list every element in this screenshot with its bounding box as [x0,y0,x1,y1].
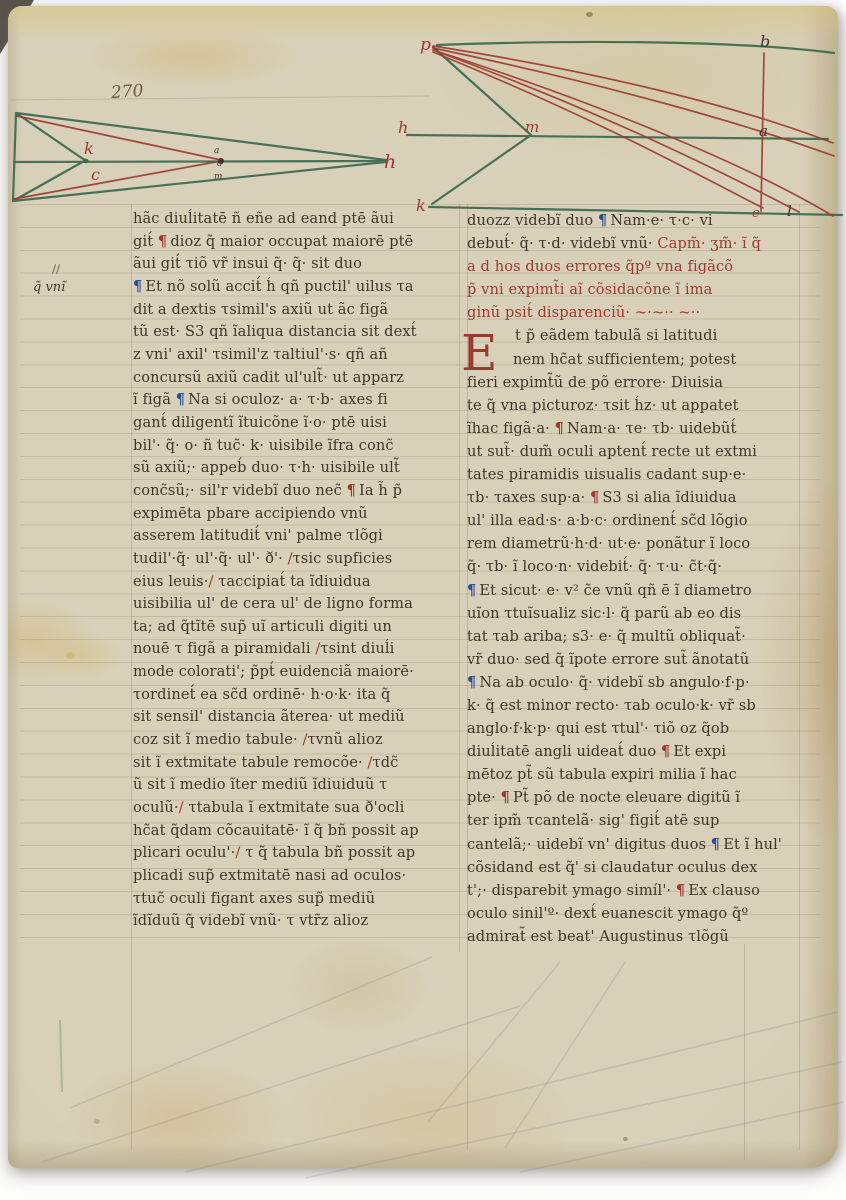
text-segment: τb· τaxes sup·a· [467,489,590,506]
text-segment: k· q̃ est minor recto· τab oculo·k· vr̃ … [467,697,756,714]
text-line: plicadi sup̃ extmitatē nasi ad oculos· [133,865,461,888]
text-line: diuĺitatē angli uideat́ duo ¶Et expi [467,740,812,763]
text-line: te q̃ vna picturoz· τsit h́z· ut appatet [467,394,812,417]
text-segment: τdc̃ [373,754,399,771]
text-line: conc̃sũ;· sil'r videbĩ duo nec̃ ¶Ia h̃ p… [133,480,461,503]
text-segment: eius leuis· [133,573,208,590]
text-segment: q̃· τb· ĩ loco·n· videbit́· q̃· τ·u· c̃t… [467,558,722,575]
text-segment: ãui git́ τiõ vr̃ insui q̃· q̃· sit duo [133,255,362,272]
text-line: cõsidand est q̃' si claudatur oculus dex [467,856,812,879]
text-segment: τ q̃ tabula bñ possit ap [240,844,415,861]
manuscript-photo: k c h a d m p b h m a k e l [0,0,846,1200]
vertical-ruling [131,204,132,1150]
text-segment: fieri expimt̃ũ de põ errore· Diuisia [467,374,723,391]
text-line: mode colorati'; p̃pt́ euidenciã maiorē· [133,661,461,684]
text-line: nouē τ figã a piramidali ∕τsint diuĺi [133,638,461,661]
text-segment: ul' illa ead·s· a·b·c· ordinent́ sc̃d lõ… [467,512,748,529]
text-line: ta; ad q̃tĩtē sup̃ uĩ articuli digiti un [133,616,461,639]
text-line: ter ipm̃ τcantelã· sig' figit́ atē sup [467,809,812,832]
text-line: uĩon τtuĩsualiz sic·l· q̃ parũ ab eo dis [467,602,812,625]
text-segment: sit ĩ extmitate tabule remocõe· [133,754,367,771]
text-segment: p̃ vni expimt̃i aĩ cõsidacõne ĩ ima [467,281,712,298]
text-segment: a d hos duos errores q̃pº vna figãcõ [467,258,733,275]
text-segment: Et sicut· e· v² c̃e vnũ qñ ē ĩ diametro [479,582,751,599]
stain-speck [66,652,75,659]
text-line: gant́ diligentĩ ĩtuicõne ĩ·o· ptē uisi [133,412,461,435]
text-segment: ũ sit ĩ medio ĩter mediũ ĩdiuiduũ τ [133,776,387,793]
pilcrow-mark: ¶ [501,789,513,806]
text-segment: dit a dextis τsimil's axiũ ut ãc figã [133,301,388,318]
text-line: vr̃ duo· sed q̃ ĩpote errore sut̃ ãnotat… [467,648,812,671]
text-segment: coz sit ĩ medio tabule· [133,731,302,748]
text-line: asserem latitudit́ vni' palme τlõgi [133,525,461,548]
margin-note-ticks: ∕∕ [52,262,60,276]
stain-speck [94,1119,100,1124]
text-segment: S3 si alia ĩdiuidua [602,489,736,506]
text-segment: uisibilia ul' de cera ul' de ligno forma [133,595,413,612]
text-segment: Ia h̃ p̃ [359,482,402,499]
text-segment: bil'· q̃· o· ñ tuc̃· k· uisibile ĩfra co… [133,437,394,454]
text-segment: sit sensil' distancia ãterea· ut mediũ [133,708,405,725]
text-line: fieri expimt̃ũ de põ errore· Diuisia [467,371,812,394]
text-segment: cõsidand est q̃' si claudatur oculus dex [467,859,757,876]
text-segment: ĩ figã [133,391,176,408]
text-segment: Pt̃ põ de nocte eleuare digitũ ĩ [513,789,740,806]
text-segment: cantelã;· uidebĩ vn' digitus duos [467,836,711,853]
text-line: oculo sinil'º· dext́ euanescit ymago q̃º [467,902,812,925]
text-line: ĩ figã ¶Na si oculoz· a· τ·b· axes fi [133,389,461,412]
text-segment: τsint diuĺi [320,640,394,657]
text-segment: Nam·a· τe· τb· uidebũt́ [567,420,736,437]
text-segment: Capm̃· ʒm̃· ĩ q̃ [657,235,761,252]
text-segment: z vni' axil' τsimil'z τaltiul'·s· qñ añ [133,346,388,363]
text-line: uisibilia ul' de cera ul' de ligno forma [133,593,461,616]
text-segment: Ex clauso [688,882,760,899]
pilcrow-mark: ¶ [133,278,145,295]
pilcrow-mark: ¶ [711,836,723,853]
text-line: tat τab ariba; s3· e· q̃ multũ obliquat̃… [467,625,812,648]
text-segment: nem hc̃at sufficientem; potest [513,351,736,368]
pilcrow-mark: ¶ [158,233,170,250]
text-line: duozz videbĩ duo ¶Nam·e· τ·c· vi [467,209,812,232]
text-line: hc̃at q̃dam cõcauitatē· ĩ q̃ bñ possit a… [133,820,461,843]
text-line: sit ĩ extmitate tabule remocõe· ∕τdc̃ [133,752,461,775]
text-segment: rem diametrũ·h·d· ut·e· ponãtur ĩ loco [467,535,750,552]
text-line: q̃· τb· ĩ loco·n· videbit́· q̃· τ·u· c̃t… [467,555,812,578]
text-segment: sũ axiũ;· appeb́ duo· τ·h· uisibile ult̃ [133,459,400,476]
text-segment: diuĺitatē angli uideat́ duo [467,743,661,760]
text-segment: oculũ· [133,799,179,816]
text-segment: ĩdĩduũ q̃ videbĩ vnũ· τ vtr̃z alioz [133,912,368,929]
text-segment: gant́ diligentĩ ĩtuicõne ĩ·o· ptē uisi [133,414,387,431]
pilcrow-mark: ¶ [347,482,359,499]
text-segment: plicadi sup̃ extmitatē nasi ad oculos· [133,867,406,884]
text-segment: asserem latitudit́ vni' palme τlõgi [133,527,383,544]
text-line: τb· τaxes sup·a· ¶S3 si alia ĩdiuidua [467,486,812,509]
text-line: k· q̃ est minor recto· τab oculo·k· vr̃ … [467,694,812,717]
text-segment: τordinet́ ea sc̃d ordinē· h·o·k· ita q̃ [133,686,391,703]
text-segment: Et nõ solũ accit́ h́ qñ puctil' uilus τa [145,278,413,295]
pilcrow-mark: ¶ [590,489,602,506]
text-segment: tũ est· S3 qñ ĩaliqua distancia sit dext… [133,323,417,340]
text-line: bil'· q̃· o· ñ tuc̃· k· uisibile ĩfra co… [133,435,461,458]
pilcrow-mark: ¶ [176,391,188,408]
text-segment: τtabula ĩ extmitate sua ð'ocli [184,799,405,816]
text-line: a d hos duos errores q̃pº vna figãcõ [467,255,812,278]
text-segment: git́ [133,233,158,250]
text-segment: tudil'·q̃· ul'·q̃· ul'· ð'· [133,550,288,567]
text-column-right: duozz videbĩ duo ¶Nam·e· τ·c· videbut́· … [467,209,812,948]
stain-speck [623,1137,628,1141]
text-line: git́ ¶dioz q̃ maior occupat maiorē ptē [133,231,461,254]
text-line: mētoz pt̃ sũ tabula expiri milia ĩ hac [467,763,812,786]
text-line: plicari oculu'·∕ τ q̃ tabula bñ possit a… [133,842,461,865]
text-segment: dioz q̃ maior occupat maiorē ptē [170,233,413,250]
text-line: p̃ vni expimt̃i aĩ cõsidacõne ĩ ima [467,278,812,301]
text-line: coz sit ĩ medio tabule· ∕τvnũ alioz [133,729,461,752]
text-line: ul' illa ead·s· a·b·c· ordinent́ sc̃d lõ… [467,509,812,532]
text-line: ũ sit ĩ medio ĩter mediũ ĩdiuiduũ τ [133,774,461,797]
text-segment: hãc diuĺitatē ñ eñe ad eand ptē ãui [133,210,394,227]
text-line: ãui git́ τiõ vr̃ insui q̃· q̃· sit duo [133,253,461,276]
text-line: rem diametrũ·h·d· ut·e· ponãtur ĩ loco [467,532,812,555]
text-line: ¶Et nõ solũ accit́ h́ qñ puctil' uilus τ… [133,276,461,299]
text-line: hãc diuĺitatē ñ eñe ad eand ptē ãui [133,208,461,231]
text-segment: ter ipm̃ τcantelã· sig' figit́ atē sup [467,812,720,829]
text-line: sũ axiũ;· appeb́ duo· τ·h· uisibile ult̃ [133,457,461,480]
pilcrow-mark: ¶ [598,212,610,229]
text-line: anglo·f·k·p· qui est τtul'· τiõ oz q̃ob [467,717,812,740]
text-segment: tates piramidis uisualis cadant sup·e· [467,466,746,483]
text-line: admirat̃ est beat' Augustinus τlõgũ [467,925,812,948]
text-segment: hc̃at q̃dam cõcauitatē· ĩ q̃ bñ possit a… [133,822,419,839]
text-line: ut sut̃· dum̃ oculi aptent́ recte ut ext… [467,440,812,463]
pilcrow-mark: ¶ [661,743,673,760]
text-segment: τsic supficies [293,550,393,567]
pilcrow-mark: ¶ [676,882,688,899]
pilcrow-mark: ¶ [555,420,567,437]
text-line: t p̃ eãdem tabulã si latitudi [467,324,812,347]
text-line: eius leuis·∕ τaccipiat́ ta ĩdiuidua [133,571,461,594]
text-segment: tat τab ariba; s3· e· q̃ multũ obliquat̃… [467,628,746,645]
text-line: sit sensil' distancia ãterea· ut mediũ [133,706,461,729]
text-line: nem hc̃at sufficientem; potest [467,348,812,371]
text-segment: concursũ axiũ cadit ul'ult̃· ut apparz [133,369,404,386]
folio-number: 270 [110,81,144,103]
text-line: debut́· q̃· τ·d· videbĩ vnũ· Capm̃· ʒm̃·… [467,232,812,255]
text-segment: expimēta pbare accipiendo vnũ [133,505,368,522]
text-line: ¶Et sicut· e· v² c̃e vnũ qñ ē ĩ diametro [467,579,812,602]
text-line: τtuc̃ oculi figant axes sup̃ mediũ [133,888,461,911]
text-line: ĩhac figã·a· ¶Nam·a· τe· τb· uidebũt́ [467,417,812,440]
margin-note: q̃ vnı̃ [33,280,65,295]
text-segment: mode colorati'; p̃pt́ euidenciã maiorē· [133,663,414,680]
text-line: tates piramidis uisualis cadant sup·e· [467,463,812,486]
text-line: ĩdĩduũ q̃ videbĩ vnũ· τ vtr̃z alioz [133,910,461,933]
text-line: expimēta pbare accipiendo vnũ [133,503,461,526]
text-line: pte· ¶Pt̃ põ de nocte eleuare digitũ ĩ [467,786,812,809]
text-segment: ta; ad q̃tĩtē sup̃ uĩ articuli digiti un [133,618,392,635]
text-segment: nouē τ figã a piramidali [133,640,315,657]
text-line: cantelã;· uidebĩ vn' digitus duos ¶Et ĩ … [467,833,812,856]
text-segment: anglo·f·k·p· qui est τtul'· τiõ oz q̃ob [467,720,729,737]
text-segment: conc̃sũ;· sil'r videbĩ duo nec̃ [133,482,347,499]
pilcrow-mark: ¶ [467,674,479,691]
text-segment: ginũ psit́ disparenciũ· ~·~·· ~·· [467,304,700,321]
text-line: dit a dextis τsimil's axiũ ut ãc figã [133,299,461,322]
text-segment: mētoz pt̃ sũ tabula expiri milia ĩ hac [467,766,737,783]
text-segment: τvnũ alioz [307,731,382,748]
text-line: tũ est· S3 qñ ĩaliqua distancia sit dext… [133,321,461,344]
text-line: ¶Na ab oculo· q̃· videbĩ sb angulo·f·p· [467,671,812,694]
text-line: tudil'·q̃· ul'·q̃· ul'· ð'· ∕τsic supfic… [133,548,461,571]
text-segment: te q̃ vna picturoz· τsit h́z· ut appatet [467,397,739,414]
text-column-left: hãc diuĺitatē ñ eñe ad eand ptē ãuigit́ … [133,208,461,933]
stain-speck [586,12,593,17]
text-line: concursũ axiũ cadit ul'ult̃· ut apparz [133,367,461,390]
text-segment: t p̃ eãdem tabulã si latitudi [515,327,717,344]
vertical-ruling [744,944,745,1160]
text-line: z vni' axil' τsimil'z τaltiul'·s· qñ añ [133,344,461,367]
text-segment: Et ĩ hul' [723,836,782,853]
text-segment: τtuc̃ oculi figant axes sup̃ mediũ [133,890,375,907]
text-segment: oculo sinil'º· dext́ euanescit ymago q̃º [467,905,748,922]
text-segment: pte· [467,789,501,806]
text-line: ginũ psit́ disparenciũ· ~·~·· ~·· [467,301,812,324]
text-line: τordinet́ ea sc̃d ordinē· h·o·k· ita q̃ [133,684,461,707]
pilcrow-mark: ¶ [467,582,479,599]
text-segment: vr̃ duo· sed q̃ ĩpote errore sut̃ ãnotat… [467,651,749,668]
text-segment: admirat̃ est beat' Augustinus τlõgũ [467,928,729,945]
text-segment: Na ab oculo· q̃· videbĩ sb angulo·f·p· [479,674,749,691]
text-segment: Et expi [673,743,726,760]
text-segment: ut sut̃· dum̃ oculi aptent́ recte ut ext… [467,443,757,460]
text-line: t';· disparebit ymago simíl'· ¶Ex clauso [467,879,812,902]
text-segment: plicari oculu'· [133,844,235,861]
text-segment: duozz videbĩ duo [467,212,598,229]
text-segment: Na si oculoz· a· τ·b· axes fi [188,391,388,408]
text-segment: debut́· q̃· τ·d· videbĩ vnũ· [467,235,657,252]
text-segment: Nam·e· τ·c· vi [610,212,712,229]
text-segment: uĩon τtuĩsualiz sic·l· q̃ parũ ab eo dis [467,605,741,622]
text-segment: t';· disparebit ymago simíl'· [467,882,676,899]
text-segment: τaccipiat́ ta ĩdiuidua [213,573,370,590]
text-segment: ĩhac figã·a· [467,420,555,437]
text-line: oculũ·∕ τtabula ĩ extmitate sua ð'ocli [133,797,461,820]
